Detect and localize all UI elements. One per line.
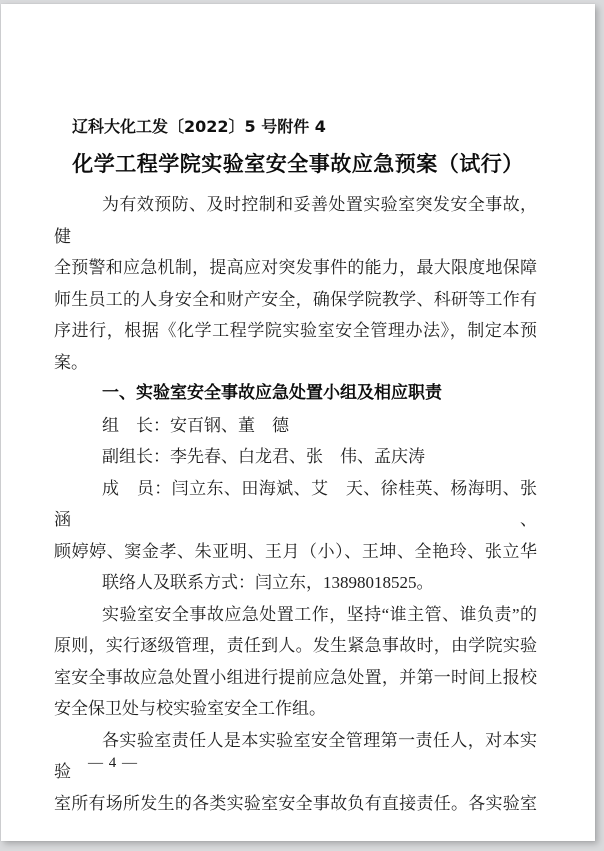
section1-heading: 一、实验室安全事故应急处置小组及相应职责 [54,378,537,410]
para1-line: 师生员工的人身安全和财产安全，确保学院教学、科研等工作有 [54,284,537,316]
para2-line: 安全保卫处与校实验室安全工作组。 [54,693,537,725]
role-line-leader: 组 长：安百钢、董 德 [54,410,537,442]
role-line-deputy: 副组长：李先春、白龙君、张 伟、孟庆涛 [54,441,537,473]
doc-reference-number: 辽科大化工发〔2022〕5 号附件 4 [72,117,326,137]
para2-line: 原则，实行逐级管理，责任到人。发生紧急事故时，由学院实验 [54,630,537,662]
app-canvas: { "colors": { "canvas_background": "#d9d… [0,0,604,851]
para1-line: 为有效预防、及时控制和妥善处置实验室突发安全事故，健 [54,189,537,252]
document-title: 化学工程学院实验室安全事故应急预案（试行） [1,149,595,179]
para1-line: 案。 [54,347,537,379]
role-line-members: 顾婷婷、窦金孝、朱亚明、王月（小）、王坤、全艳玲、张立华 [54,536,537,568]
page-number: — 4 — [88,753,138,773]
para2-line: 室安全事故应急处置小组进行提前应急处置，并第一时间上报校 [54,662,537,694]
role-line-members: 成 员：闫立东、田海斌、艾 天、徐桂英、杨海明、张 涵、 [54,473,537,536]
para2-line: 实验室安全事故应急处置工作，坚持“谁主管、谁负责”的 [54,599,537,631]
para3-line: 室所有场所发生的各类实验室安全事故负有直接责任。各实验室 [54,788,537,820]
document-page: 辽科大化工发〔2022〕5 号附件 4 化学工程学院实验室安全事故应急预案（试行… [1,4,595,841]
document-body: 为有效预防、及时控制和妥善处置实验室突发安全事故，健 全预警和应急机制，提高应对… [54,189,537,819]
para1-line: 全预警和应急机制，提高应对突发事件的能力，最大限度地保障 [54,252,537,284]
role-line-contact: 联络人及联系方式：闫立东，13898018525。 [54,567,537,599]
para1-line: 序进行，根据《化学工程学院实验室安全管理办法》，制定本预 [54,315,537,347]
